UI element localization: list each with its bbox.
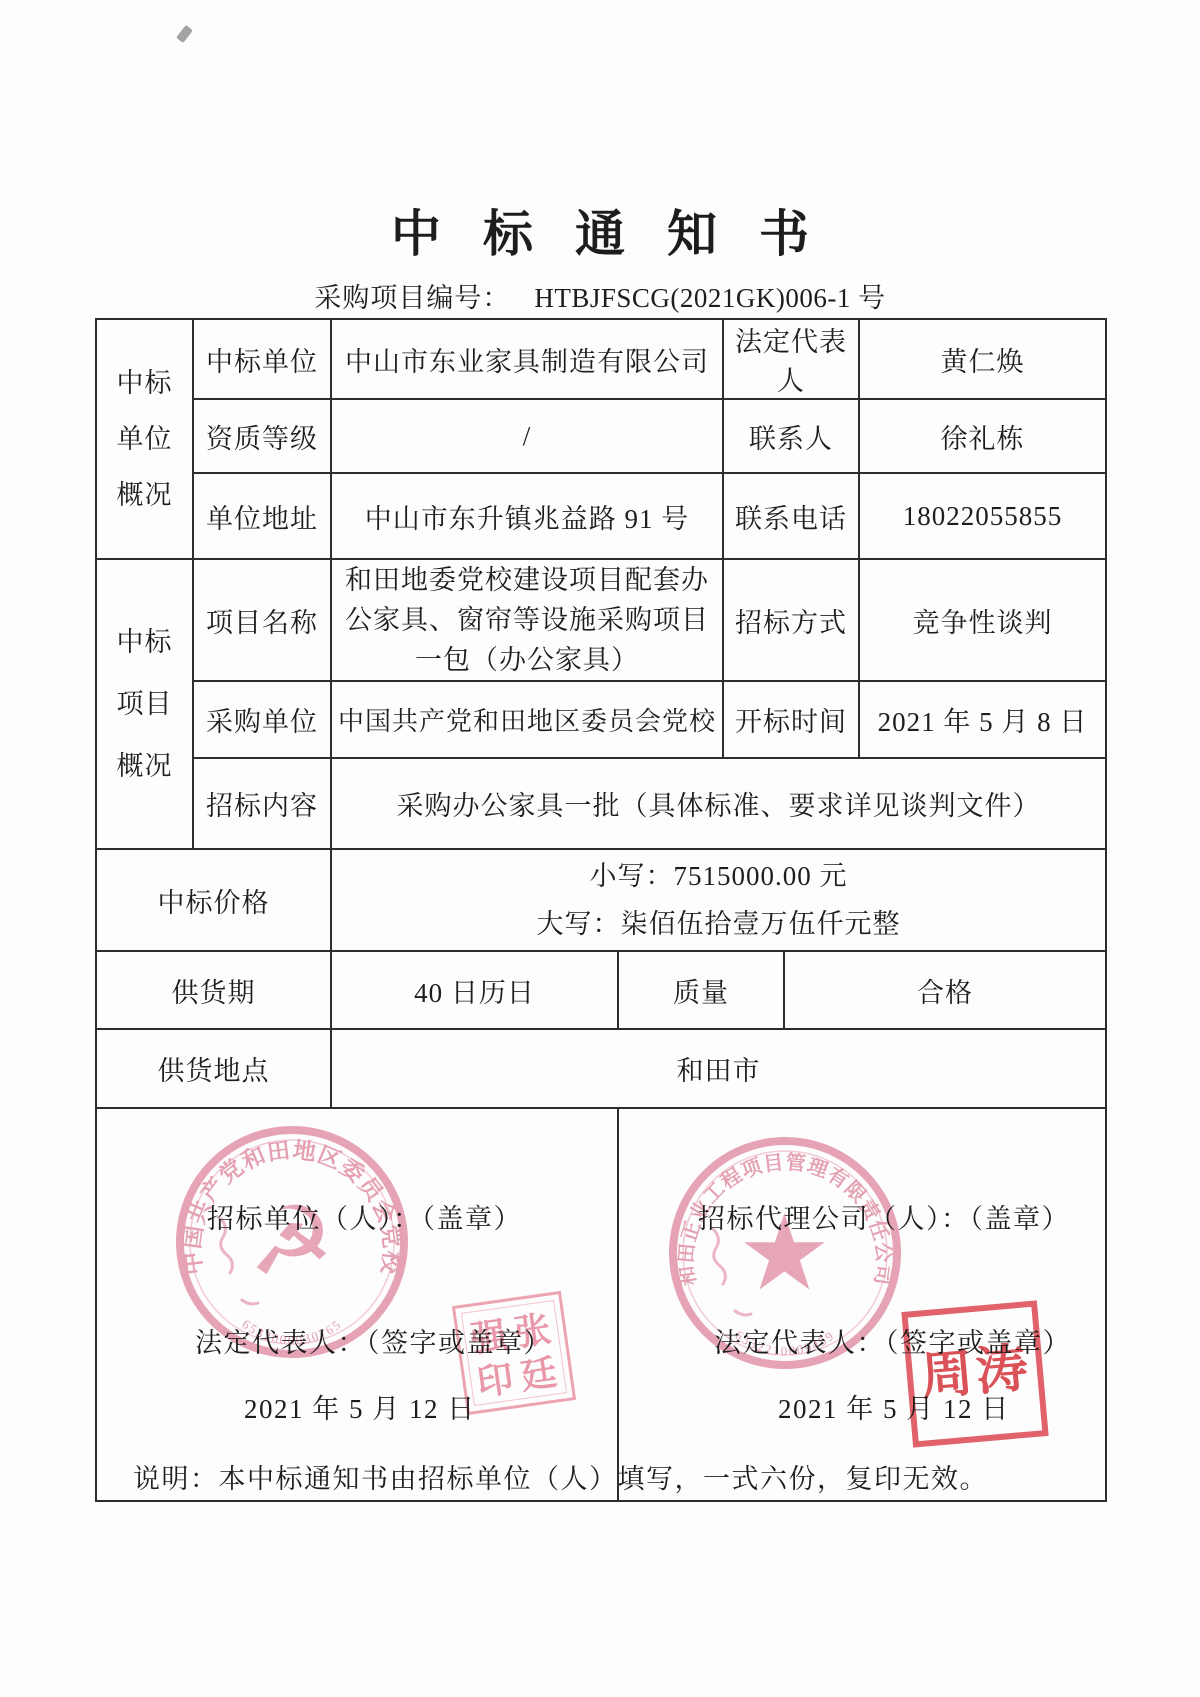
purchaser-value-cell: 中国共产党和田地区委员会党校 (331, 681, 723, 758)
project-number-line: 采购项目编号：HTBJFSCG(2021GK)006-1 号 (0, 276, 1200, 315)
location-value-cell: 和田市 (331, 1029, 1106, 1108)
winner-name-value-cell: 中山市东业家具制造有限公司 (331, 319, 723, 399)
table-row: 中标 单位 概况 中标单位 中山市东业家具制造有限公司 法定代表人 黄仁焕 (96, 319, 1106, 399)
table-row: 供货地点 和田市 (96, 1029, 1106, 1108)
bid-content-value-cell: 采购办公家具一批（具体标准、要求详见谈判文件） (331, 758, 1106, 849)
group-line: 概况 (103, 735, 186, 797)
table-row: 资质等级 / 联系人 徐礼栋 (96, 399, 1106, 473)
legal-rep-label-cell: 法定代表人 (723, 319, 859, 399)
project-group-cell: 中标 项目 概况 (96, 559, 193, 849)
contact-value-cell: 徐礼栋 (859, 399, 1106, 473)
project-number-value: HTBJFSCG(2021GK)006-1 号 (534, 283, 885, 313)
phone-value-cell: 18022055855 (859, 473, 1106, 559)
table-row: 单位地址 中山市东升镇兆益路 91 号 联系电话 18022055855 (96, 473, 1106, 559)
page-title: 中标通知书 (0, 194, 1200, 266)
scan-speck (176, 25, 193, 43)
group-line: 中标 (103, 355, 186, 411)
delivery-value-cell: 40 日历日 (331, 951, 618, 1029)
price-value-cell: 小写：7515000.00 元 大写：柒佰伍拾壹万伍仟元整 (331, 849, 1106, 951)
purchaser-label-cell: 采购单位 (193, 681, 331, 758)
contact-label-cell: 联系人 (723, 399, 859, 473)
footnote: 说明：本中标通知书由招标单位（人）填写，一式六份，复印无效。 (133, 1457, 988, 1496)
delivery-label-cell: 供货期 (96, 951, 331, 1029)
price-label-cell: 中标价格 (96, 849, 331, 951)
bid-method-value-cell: 竞争性谈判 (859, 559, 1106, 681)
tenderer-legal-rep-line: 法定代表人：（签字或盖章） (195, 1321, 552, 1360)
uyghur-script-squiggle (242, 1300, 258, 1304)
group-line: 项目 (103, 673, 186, 735)
agency-signature-cell: 和田正业工程项目管理有限责任公司 ★ 6532210009459 招标代理公司（… (618, 1108, 1106, 1501)
table-row: 供货期 40 日历日 质量 合格 (96, 951, 1106, 1029)
phone-label-cell: 联系电话 (723, 473, 859, 559)
tenderer-signature-cell: 中国共产党和田地区委员会党校 ☭ 6532000030765 招标单位（人）：（… (96, 1108, 618, 1501)
agency-legal-rep-line: 法定代表人：（签字或盖章） (714, 1321, 1071, 1360)
table-row: 招标内容 采购办公家具一批（具体标准、要求详见谈判文件） (96, 758, 1106, 849)
address-label-cell: 单位地址 (193, 473, 331, 559)
price-lowercase: 小写：7515000.00 元 (338, 852, 1099, 900)
address-value-cell: 中山市东升镇兆益路 91 号 (331, 473, 723, 559)
price-uppercase: 大写：柒佰伍拾壹万伍仟元整 (338, 900, 1099, 948)
group-line: 概况 (103, 467, 186, 523)
document-page: { "page": { "title": "中标通知书", "project_n… (0, 0, 1200, 1697)
project-number-label: 采购项目编号： (314, 283, 510, 313)
qualification-value-cell: / (331, 399, 723, 473)
uyghur-script-squiggle (713, 1229, 725, 1284)
bid-content-label-cell: 招标内容 (193, 758, 331, 849)
bid-method-label-cell: 招标方式 (723, 559, 859, 681)
table-row: 中标 项目 概况 项目名称 和田地委党校建设项目配套办公家具、窗帘等设施采购项目… (96, 559, 1106, 681)
open-date-value-cell: 2021 年 5 月 8 日 (859, 681, 1106, 758)
table-row: 中标价格 小写：7515000.00 元 大写：柒佰伍拾壹万伍仟元整 (96, 849, 1106, 951)
project-name-label-cell: 项目名称 (193, 559, 331, 681)
open-date-label-cell: 开标时间 (723, 681, 859, 758)
group-line: 单位 (103, 411, 186, 467)
qualification-label-cell: 资质等级 (193, 399, 331, 473)
table-row: 中国共产党和田地区委员会党校 ☭ 6532000030765 招标单位（人）：（… (96, 1108, 1106, 1501)
group-line: 中标 (103, 611, 186, 673)
quality-value-cell: 合格 (784, 951, 1106, 1029)
quality-label-cell: 质量 (618, 951, 784, 1029)
winner-group-cell: 中标 单位 概况 (96, 319, 193, 559)
legal-rep-value-cell: 黄仁焕 (859, 319, 1106, 399)
location-label-cell: 供货地点 (96, 1029, 331, 1108)
winner-name-label-cell: 中标单位 (193, 319, 331, 399)
tenderer-date: 2021 年 5 月 12 日 (244, 1387, 476, 1426)
agency-date: 2021 年 5 月 12 日 (778, 1387, 1010, 1426)
agency-stamp-line: 招标代理公司（人）：（盖章） (698, 1197, 1070, 1236)
name-seal-char: 印 (470, 1353, 520, 1403)
award-table: 中标 单位 概况 中标单位 中山市东业家具制造有限公司 法定代表人 黄仁焕 资质… (95, 318, 1107, 1502)
tenderer-stamp-line: 招标单位（人）：（盖章） (207, 1197, 522, 1236)
table-row: 采购单位 中国共产党和田地区委员会党校 开标时间 2021 年 5 月 8 日 (96, 681, 1106, 758)
project-name-value-cell: 和田地委党校建设项目配套办公家具、窗帘等设施采购项目一包（办公家具） (331, 559, 723, 681)
